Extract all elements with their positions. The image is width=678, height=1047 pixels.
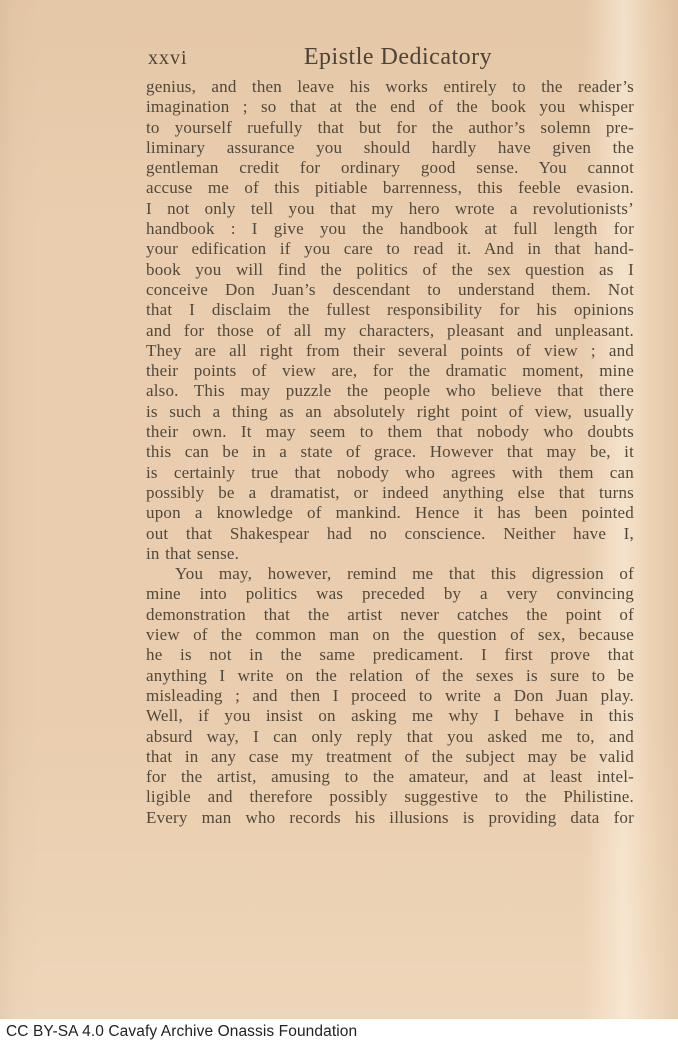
text-line: this can be in a state of grace. However… (146, 442, 634, 462)
text-line: They are all right from their several po… (146, 341, 634, 361)
text-line: accuse me of this pitiable barrenness, t… (146, 178, 634, 198)
text-line: possibly be a dramatist, or indeed anyth… (146, 483, 634, 503)
text-line: view of the common man on the question o… (146, 625, 634, 645)
text-line: book you will find the politics of the s… (146, 260, 634, 280)
text-line: misleading ; and then I proceed to write… (146, 686, 634, 706)
license-text: CC BY-SA 4.0 Cavafy Archive Onassis Foun… (6, 1023, 357, 1041)
text-line: in that sense. (146, 544, 634, 564)
text-line: mine into politics was preceded by a ver… (146, 584, 634, 604)
text-line: is such a thing as an absolutely right p… (146, 402, 634, 422)
text-line: handbook : I give you the handbook at fu… (146, 219, 634, 239)
text-line: absurd way, I can only reply that you as… (146, 727, 634, 747)
text-line: to yourself ruefully that but for the au… (146, 118, 634, 138)
text-line: anything I write on the relation of the … (146, 666, 634, 686)
text-line: liminary assurance you should hardly hav… (146, 138, 634, 158)
text-line: ligible and therefore possibly suggestiv… (146, 787, 634, 807)
text-line: demonstration that the artist never catc… (146, 605, 634, 625)
book-page-scan: xxvi Epistle Dedicatory genius, and then… (0, 0, 678, 1019)
license-bar: CC BY-SA 4.0 Cavafy Archive Onassis Foun… (0, 1019, 678, 1047)
running-title: Epistle Dedicatory (154, 44, 642, 71)
text-line: gentleman credit for ordinary good sense… (146, 158, 634, 178)
text-line: that in any case my treatment of the sub… (146, 747, 634, 767)
text-line: out that Shakespear had no conscience. N… (146, 524, 634, 544)
text-line: genius, and then leave his works entirel… (146, 77, 634, 97)
scanned-book-page: xxvi Epistle Dedicatory genius, and then… (0, 0, 678, 1047)
text-line: is certainly true that nobody who agrees… (146, 463, 634, 483)
text-line: upon a knowledge of mankind. Hence it ha… (146, 503, 634, 523)
text-line: also. This may puzzle the people who bel… (146, 381, 634, 401)
running-header: xxvi Epistle Dedicatory (146, 44, 634, 72)
text-line: for the artist, amusing to the amateur, … (146, 767, 634, 787)
text-line: that I disclaim the fullest responsibili… (146, 300, 634, 320)
text-line: their own. It may seem to them that nobo… (146, 422, 634, 442)
text-line: I not only tell you that my hero wrote a… (146, 199, 634, 219)
text-line: You may, however, remind me that this di… (146, 564, 634, 584)
text-line: their points of view are, for the dramat… (146, 361, 634, 381)
body-text: genius, and then leave his works entirel… (146, 77, 634, 828)
text-line: conceive Don Juan’s descendant to unders… (146, 280, 634, 300)
text-line: Every man who records his illusions is p… (146, 808, 634, 828)
text-line: and for those of all my characters, plea… (146, 321, 634, 341)
text-line: imagination ; so that at the end of the … (146, 97, 634, 117)
text-line: he is not in the same predicament. I fir… (146, 645, 634, 665)
text-line: your edification if you care to read it.… (146, 239, 634, 259)
text-line: Well, if you insist on asking me why I b… (146, 706, 634, 726)
